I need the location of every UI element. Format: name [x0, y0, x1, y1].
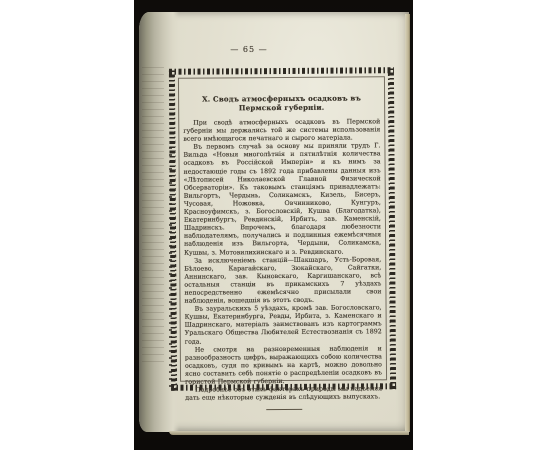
page-text-block: X. Сводъ атмосферныхъ осадковъ въ Пермск… [183, 79, 382, 378]
page-bottom-fore-edge [169, 431, 409, 435]
body-paragraph: Подробнѣе объ этихъ факторахъ природы мы… [185, 385, 382, 403]
showthrough-text-texture [142, 67, 164, 362]
scanned-book-photo: — 65 — X. Сводъ атмосферныхъ осадковъ въ… [0, 0, 550, 450]
book-page: — 65 — X. Сводъ атмосферныхъ осадковъ въ… [139, 12, 409, 432]
body-paragraph: За исключеніемъ станцій—Шакшаръ, Усть-Бо… [184, 256, 381, 306]
page-right-fore-edge [405, 14, 410, 432]
page-number: — 65 — [189, 45, 309, 54]
border-ornament-left [169, 69, 177, 391]
chapter-heading: X. Сводъ атмосферныхъ осадковъ въ Пермск… [185, 93, 378, 112]
ornamental-border: X. Сводъ атмосферныхъ осадковъ въ Пермск… [169, 67, 396, 391]
body-paragraph: Не смотря на разновременныя наблюденія и… [185, 345, 382, 387]
body-paragraph: При сводѣ атмосферныхъ осадковъ въ Пермс… [183, 118, 380, 144]
border-ornament-right [388, 67, 396, 389]
body-paragraph: Въ зауральскихъ 5 уѣздахъ, кромѣ зав. Бо… [185, 304, 382, 346]
end-rule [266, 409, 302, 410]
body-paragraph: Въ первомъ случаѣ за основу мы приняли т… [183, 143, 381, 258]
book-photo: — 65 — X. Сводъ атмосферныхъ осадковъ въ… [134, 0, 413, 450]
border-ornament-top [169, 67, 394, 75]
